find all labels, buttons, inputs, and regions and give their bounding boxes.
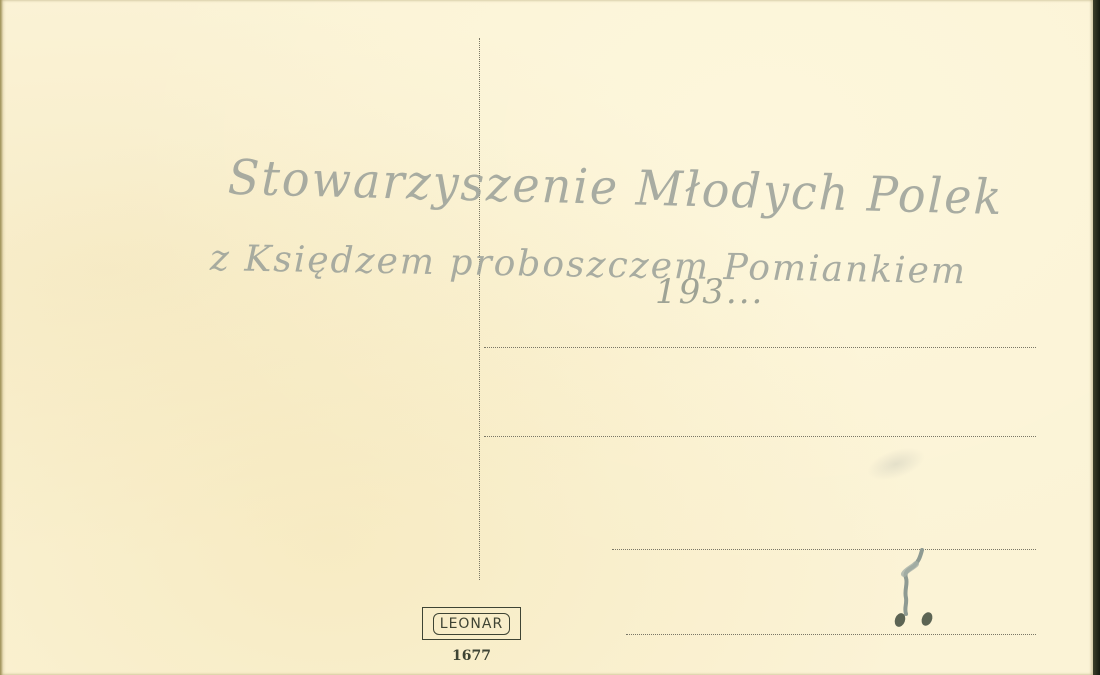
handwritten-note-line-2: z Księdzem proboszczem Pomiankiem: [210, 238, 968, 292]
handwritten-note-date: 193...: [655, 272, 764, 312]
ink-stain-icon: [892, 548, 942, 632]
address-line-2: [484, 436, 1036, 437]
card-right-edge-background: [1093, 0, 1100, 675]
publisher-stamp: LEONAR: [422, 607, 521, 640]
address-line-4: [626, 634, 1036, 635]
publisher-stamp-label: LEONAR: [433, 613, 510, 635]
publisher-stamp-number: 1677: [422, 648, 521, 664]
postcard-back: Stowarzyszenie Młodych Polek z Księdzem …: [0, 0, 1093, 675]
card-left-edge: [0, 0, 3, 675]
handwritten-note-line-1: Stowarzyszenie Młodych Polek: [227, 149, 1004, 226]
center-divider-dotted-line: [479, 38, 480, 580]
address-line-3: [612, 549, 1036, 550]
address-line-1: [484, 347, 1036, 348]
faint-smudge-mark: [863, 441, 929, 486]
